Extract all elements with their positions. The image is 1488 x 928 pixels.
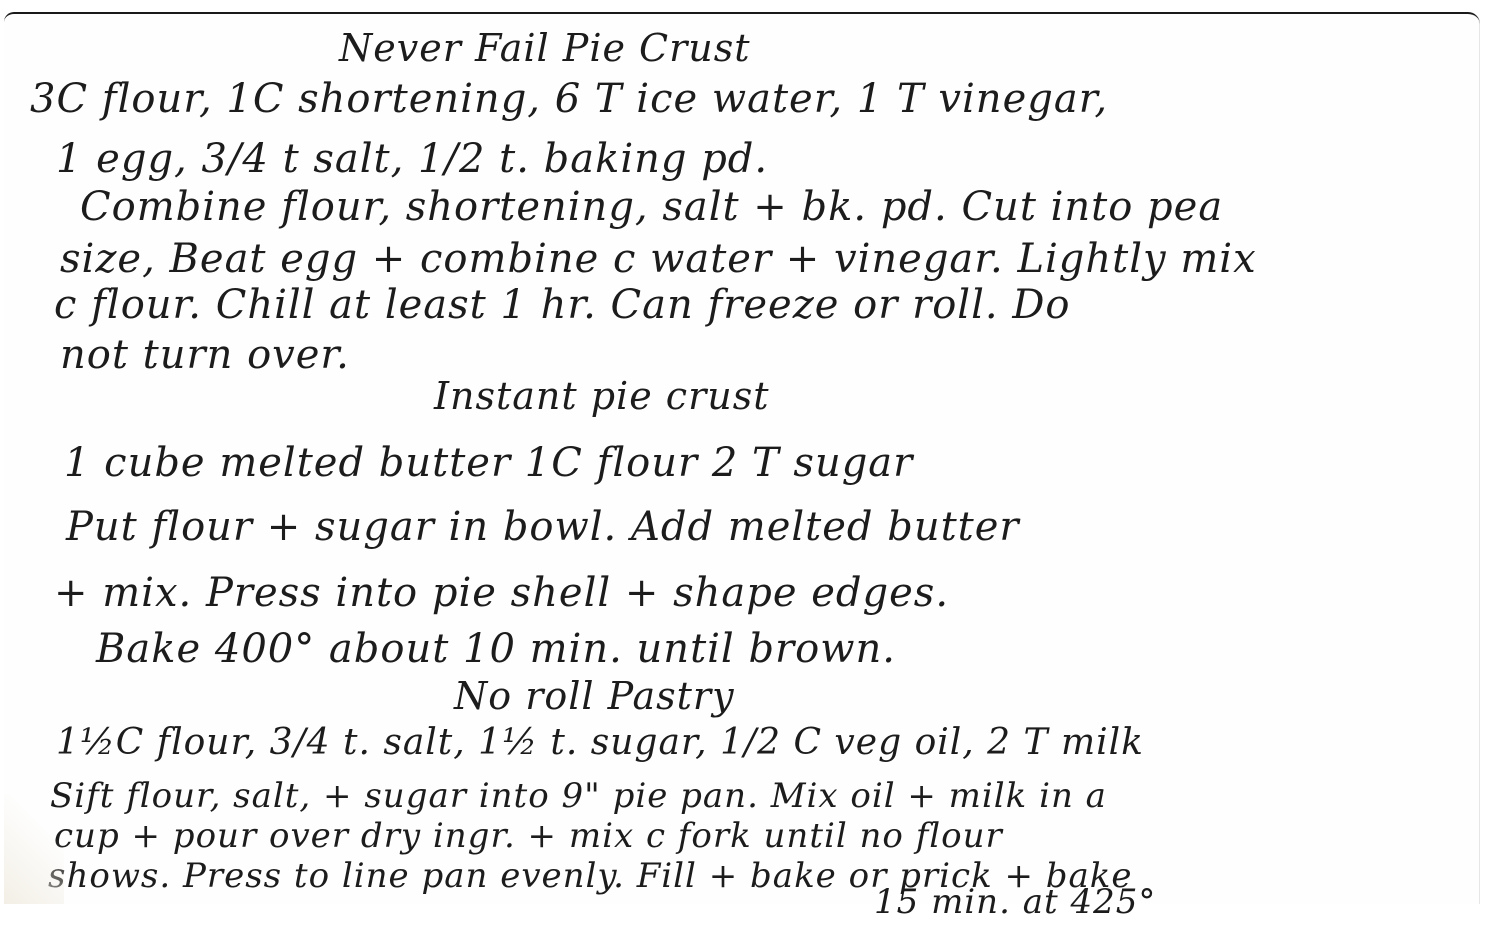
recipe-line: Put flour + sugar in bowl. Add melted bu…	[66, 504, 1020, 550]
recipe-line: + mix. Press into pie shell + shape edge…	[54, 570, 949, 616]
recipe-line: size, Beat egg + combine c water + vineg…	[60, 236, 1257, 282]
recipe-line: Combine flour, shortening, salt + bk. pd…	[80, 184, 1223, 230]
recipe-line: 15 min. at 425°	[874, 882, 1156, 922]
recipe-line: c flour. Chill at least 1 hr. Can freeze…	[54, 282, 1070, 328]
recipe-line: cup + pour over dry ingr. + mix c fork u…	[54, 816, 1003, 856]
recipe-title-never-fail-pie-crust: Never Fail Pie Crust	[339, 26, 751, 70]
recipe-title-no-roll-pastry: No roll Pastry	[454, 674, 735, 718]
recipe-line: not turn over.	[60, 332, 350, 378]
recipe-line: 3C flour, 1C shortening, 6 T ice water, …	[30, 76, 1108, 122]
recipe-line: 1½C flour, 3/4 t. salt, 1½ t. sugar, 1/2…	[56, 722, 1144, 763]
card-wear-mark	[4, 794, 64, 904]
recipe-line: Sift flour, salt, + sugar into 9" pie pa…	[50, 776, 1107, 816]
recipe-line: 1 egg, 3/4 t salt, 1/2 t. baking pd.	[56, 136, 768, 182]
recipe-title-instant-pie-crust: Instant pie crust	[434, 374, 769, 418]
recipe-line: Bake 400° about 10 min. until brown.	[96, 626, 896, 672]
recipe-card: Never Fail Pie Crust 3C flour, 1C shorte…	[4, 12, 1480, 904]
recipe-line: 1 cube melted butter 1C flour 2 T sugar	[64, 440, 913, 486]
